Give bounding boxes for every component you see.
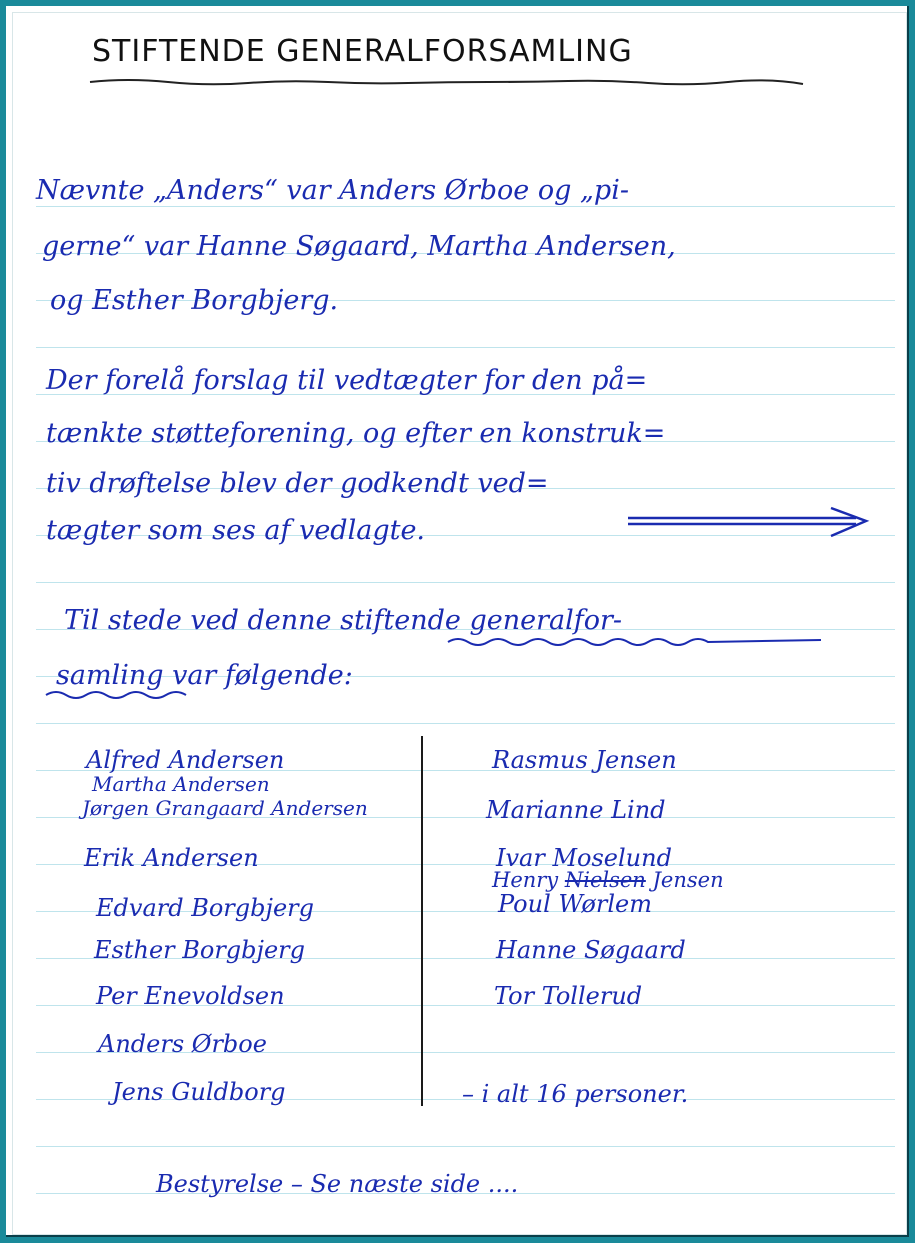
attendee-left-4: Erik Andersen [84, 844, 259, 872]
arrow-right-icon [626, 506, 876, 538]
attendee-left-3: Jørgen Grangaard Andersen [82, 796, 368, 820]
title-underline [88, 76, 808, 90]
attendee-left-8: Anders Ørboe [98, 1030, 267, 1058]
footer-note: Bestyrelse – Se næste side .... [156, 1170, 518, 1198]
scanned-page: STIFTENDE GENERALFORSAMLING Nævnte „Ande… [6, 6, 909, 1237]
ruled-line [36, 723, 895, 724]
paragraph-3-text-2: var følgende: [164, 660, 353, 691]
attendee-left-2: Martha Andersen [92, 772, 270, 796]
document-title: STIFTENDE GENERALFORSAMLING [92, 34, 633, 69]
underlined-word: samling [56, 660, 164, 691]
wavy-underline-2 [44, 689, 204, 701]
attendee-left-7: Per Enevoldsen [96, 982, 285, 1010]
paragraph-1-line-3: og Esther Borgbjerg. [50, 276, 338, 326]
attendee-total: – i alt 16 personer. [462, 1080, 688, 1108]
attendee-right-5: Poul Wørlem [498, 890, 652, 918]
attendee-left-9: Jens Guldborg [112, 1078, 286, 1106]
paragraph-3-text: Til stede ved denne [64, 605, 340, 636]
paragraph-2-line-4: tægter som ses af vedlagte. [46, 506, 425, 556]
paragraph-2-line-2: tænkte støtteforening, og efter en konst… [46, 409, 665, 459]
paragraph-1-line-2: gerne“ var Hanne Søgaard, Martha Anderse… [42, 222, 676, 272]
attendee-left-1: Alfred Andersen [86, 746, 284, 774]
attendee-right-2: Marianne Lind [486, 796, 666, 824]
attendee-right-1: Rasmus Jensen [492, 746, 677, 774]
underlined-phrase: stiftende generalfor- [340, 605, 622, 636]
attendee-right-6: Hanne Søgaard [496, 936, 686, 964]
attendee-left-6: Esther Borgbjerg [94, 936, 305, 964]
attendee-left-5: Edvard Borgbjerg [96, 894, 314, 922]
paragraph-1-line-1: Nævnte „Anders“ var Anders Ørboe og „pi- [36, 166, 629, 216]
attendee-last-name: Jensen [653, 868, 724, 892]
attendee-right-4: Henry Nielsen Jensen [492, 868, 724, 892]
paragraph-2-line-1: Der forelå forslag til vedtægter for den… [46, 356, 647, 406]
ruled-line [36, 347, 895, 348]
paragraph-2-line-3: tiv drøftelse blev der godkendt ved= [46, 459, 549, 509]
ruled-line [36, 1146, 895, 1147]
column-divider [421, 736, 423, 1106]
ruled-line [36, 582, 895, 583]
attendee-right-7: Tor Tollerud [494, 982, 642, 1010]
struck-name: Nielsen [565, 868, 646, 892]
wavy-underline [446, 636, 826, 648]
attendee-first-name: Henry [492, 868, 558, 892]
